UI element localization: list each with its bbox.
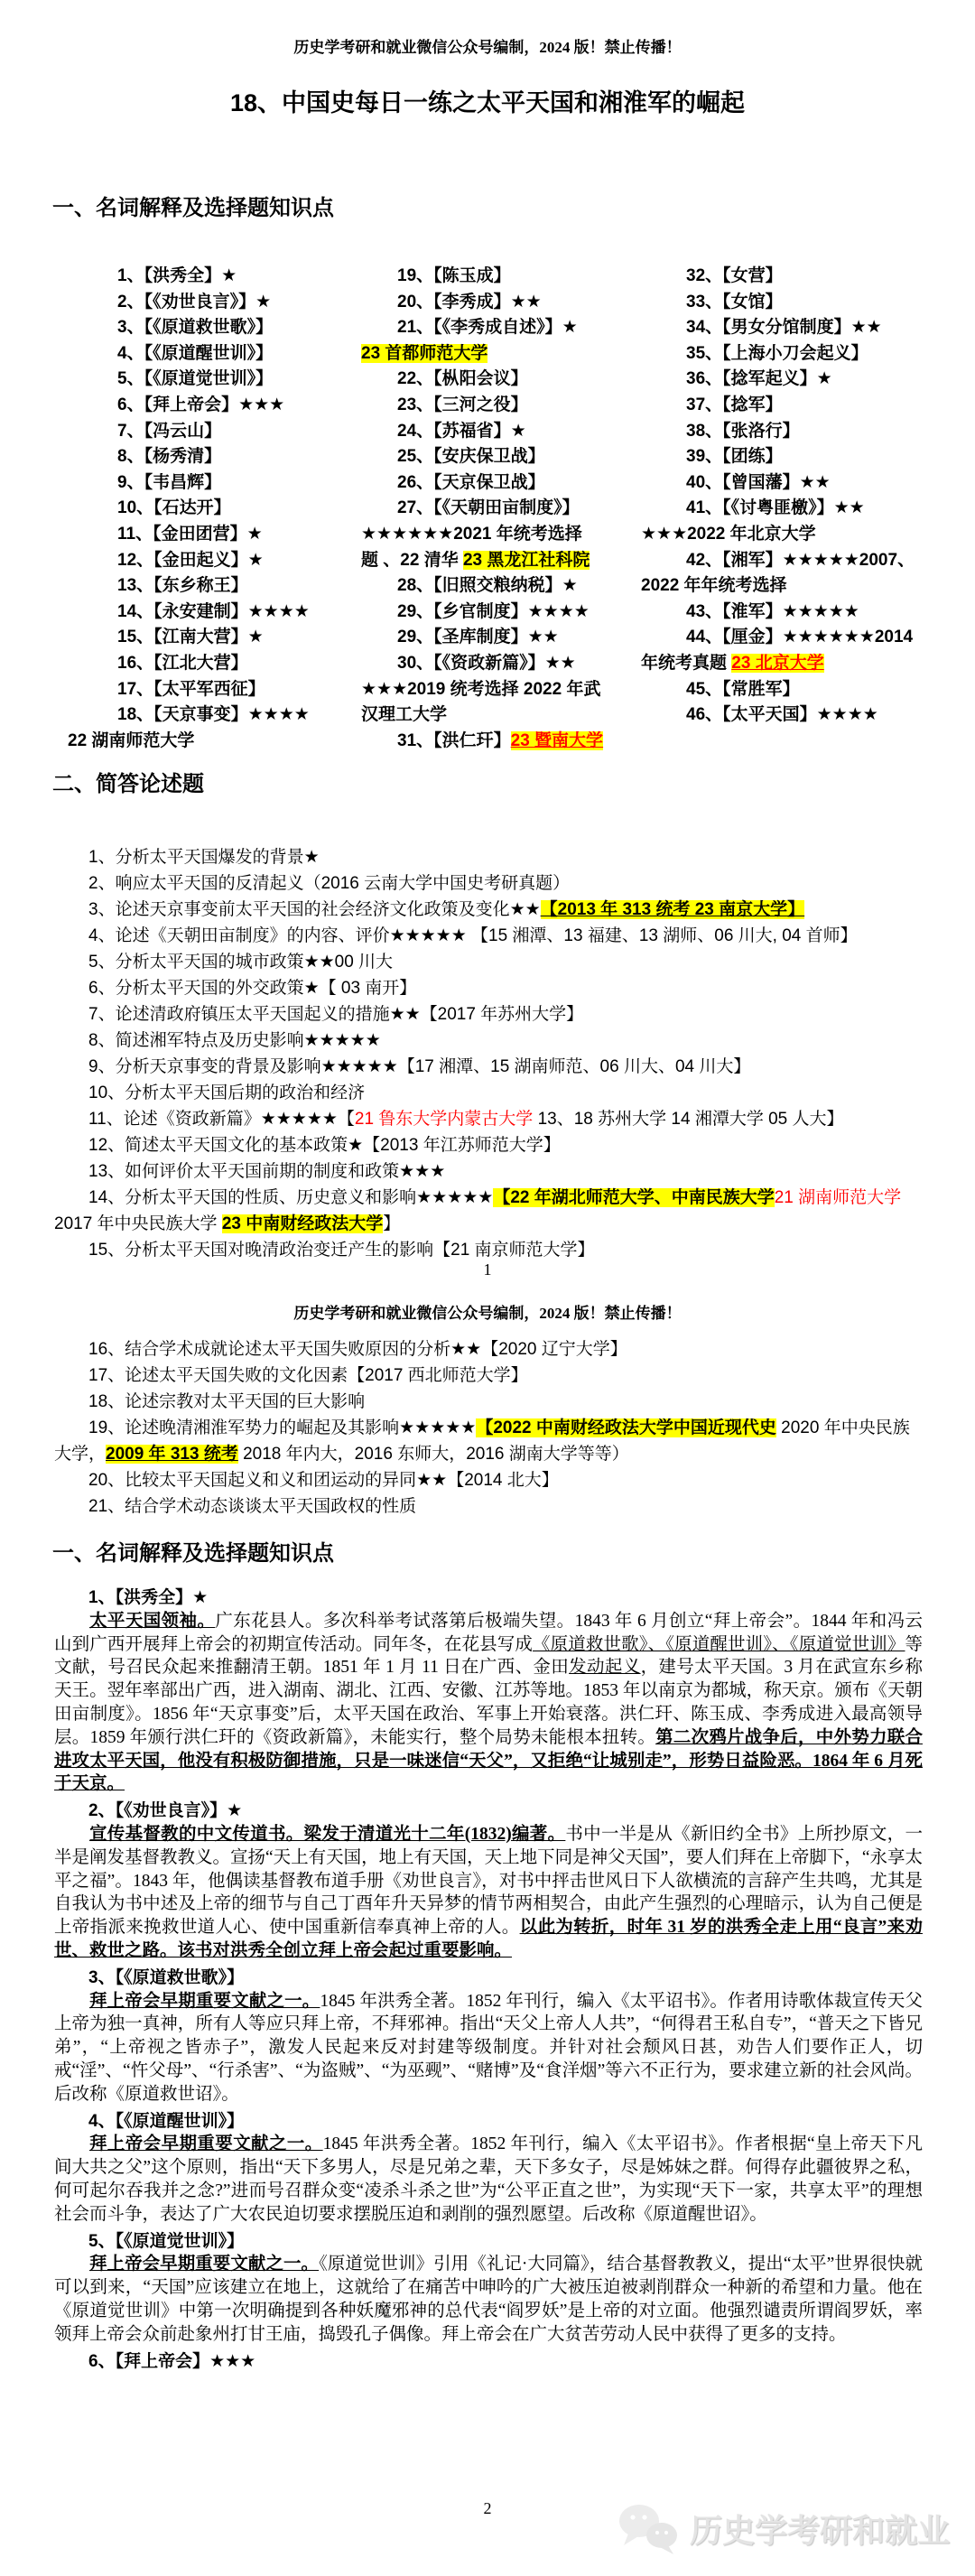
text-segment: 32、【女营】 [686,266,783,285]
text-segment: 9、【韦昌辉】 [117,473,221,492]
text-segment: 30、【《资政新篇》】★★ [397,654,576,673]
term-line: 39、【团练】 [641,444,970,470]
term-line: 9、【韦昌辉】 [68,470,357,497]
text-segment: 题 、22 清华 [361,551,463,570]
definition-title: 4、【《原道醒世训》】 [54,2110,923,2134]
term-line: 15、【江南大营】★ [68,625,357,651]
question-item: 3、论述天京事变前太平天国的社会经济文化政策及变化★★【2013 年 313 统… [54,897,923,923]
question-item: 21、结合学术动态谈谈太平天国政权的性质 [54,1493,923,1520]
term-line: 22、【枞阳会议】 [361,367,641,393]
text-segment: 2、响应太平天国的反清起义（2016 云南大学中国史考研真题） [88,874,570,893]
text-segment: 4、【《原道醒世训》】 [117,344,273,363]
text-segment: 20、【李秀成】★★ [397,293,542,312]
text-segment: 31、【洪仁玕】 [397,731,511,750]
term-line: 29、【乡官制度】★★★★ [361,600,641,626]
definition-title: 6、【拜上帝会】★★★ [54,2350,923,2374]
text-segment: 3、论述天京事变前太平天国的社会经济文化政策及变化★★ [88,900,541,919]
text-segment: 6、【拜上帝会】★★★ [117,395,284,414]
term-line: 14、【永安建制】★★★★ [68,600,357,626]
definition-title: 3、【《原道救世歌》】 [54,1967,923,1990]
questions-list-page1: 1、分析太平天国爆发的背景★2、响应太平天国的反清起义（2016 云南大学中国史… [54,844,923,1263]
question-item: 15、分析太平天国对晚清政治变迁产生的影响【21 南京师范大学】 [54,1237,923,1263]
text-segment: 【2022 中南财经政法大学中国近现代史 [476,1418,776,1437]
definition-paragraph: 拜上帝会早期重要文献之一。1845 年洪秀全著。1852 年刊行，编入《太平诏书… [54,1990,923,2106]
text-segment: 18、【天京事变】★★★★ [117,705,310,724]
term-line: 45、【常胜军】 [641,677,970,703]
text-segment: 8、【杨秀清】 [117,447,221,466]
term-line: 28、【旧照交粮纳税】★ [361,573,641,600]
term-line: 31、【洪仁玕】23 暨南大学 [361,729,641,755]
term-line: 34、【男女分馆制度】★★ [641,315,970,341]
text-segment: 1、分析太平天国爆发的背景★ [88,848,320,867]
definition-paragraph: 拜上帝会早期重要文献之一。1845 年洪秀全著。1852 年刊行，编入《太平诏书… [54,2133,923,2226]
text-segment: 38、【张洛行】 [686,422,800,441]
term-line: 3、【《原道救世歌》】 [68,315,357,341]
wechat-icon [616,2501,682,2555]
text-segment: 34、【男女分馆制度】★★ [686,318,882,337]
text-segment: 6、分析太平天国的外交政策★【 03 南开】 [88,979,416,998]
text-segment: 15、【江南大营】★ [117,628,264,646]
question-item: 12、简述太平天国文化的基本政策★【2013 年江苏师范大学】 [54,1132,923,1158]
text-segment: 5、分析太平天国的城市政策★★00 川大 [88,953,393,972]
question-item: 9、分析天京事变的背景及影响★★★★★【17 湘潭、15 湖南师范、06 川大、… [54,1054,923,1080]
text-segment: ★★★★★★2021 年统考选择 [361,525,582,544]
text-segment: 1、【洪秀全】★ [117,266,237,285]
text-segment: 20、比较太平天国起义和义和团运动的异同★★【2014 北大】 [88,1471,559,1490]
question-item: 19、论述晚清湘淮军势力的崛起及其影响★★★★★【2022 中南财经政法大学中国… [54,1415,923,1467]
text-segment: 拜上帝会早期重要文献之一。 [89,2134,323,2153]
term-line: 1、【洪秀全】★ [68,264,357,290]
question-item: 20、比较太平天国起义和义和团运动的异同★★【2014 北大】 [54,1467,923,1493]
text-segment: 2017 年中央民族大学 [54,1214,222,1233]
question-item: 7、论述清政府镇压太平天国起义的措施★★【2017 年苏州大学】 [54,1001,923,1028]
term-line: 18、【天京事变】★★★★ [68,702,357,729]
text-segment: 39、【团练】 [686,447,783,466]
term-line: 40、【曾国藩】★★ [641,470,970,497]
text-segment: 【22 年湖北师范大学、中南民族大学 [493,1188,774,1207]
term-line: 2、【《劝世良言》】★ [68,290,357,316]
text-segment: 汉理工大学 [361,705,447,724]
text-segment: 5、【《原道觉世训》】 [117,369,273,388]
term-line: 年统考真题 23 北京大学 [641,651,970,677]
term-line: 29、【圣库制度】★★ [361,625,641,651]
text-segment: 11、论述《资政新篇》★★★★★【 [88,1110,355,1129]
text-segment: 2、【《劝世良言》】★ [117,293,271,312]
text-segment: 9、分析天京事变的背景及影响★★★★★【17 湘潭、15 湖南师范、06 川大、… [88,1057,750,1076]
definition-paragraph: 拜上帝会早期重要文献之一。《原道觉世训》引用《礼记·大同篇》，结合基督教教义，提… [54,2253,923,2346]
text-segment: 发动起义 [569,1658,640,1677]
question-item: 6、分析太平天国的外交政策★【 03 南开】 [54,975,923,1001]
text-segment: 7、论述清政府镇压太平天国起义的措施★★【2017 年苏州大学】 [88,1005,583,1024]
term-line: ★★★2022 年北京大学 [641,522,970,548]
term-line: 36、【捻军起义】★ [641,367,970,393]
question-item: 10、分析太平天国后期的政治和经济 [54,1080,923,1106]
term-line: ★★★★★★2021 年统考选择 [361,522,641,548]
text-segment: 42、【湘军】★★★★★2007、 [686,551,915,570]
text-segment: 8、简述湘军特点及历史影响★★★★★ [88,1031,381,1050]
question-item: 2、响应太平天国的反清起义（2016 云南大学中国史考研真题） [54,870,923,897]
term-line: 13、【东乡称王】 [68,573,357,600]
term-line: 27、【《天朝田亩制度》】 [361,496,641,522]
text-segment: 19、论述晚清湘淮军势力的崛起及其影响★★★★★ [88,1418,476,1437]
text-segment: 7、【冯云山】 [117,422,221,441]
text-segment: ★★★2019 统考选择 2022 年武 [361,680,600,699]
term-line: 24、【苏福省】★ [361,419,641,445]
text-segment: 17、【太平军西征】 [117,680,265,699]
text-segment: 16、【江北大营】 [117,654,248,673]
term-line: 7、【冯云山】 [68,419,357,445]
text-segment: 10、【石达开】 [117,498,231,517]
text-segment: 35、【上海小刀会起义】 [686,344,868,363]
text-segment: 43、【淮军】★★★★★ [686,602,859,621]
definition-paragraph: 宣传基督教的中文传道书。梁发于清道光十二年(1832)编著。书中一半是从《新旧约… [54,1823,923,1963]
term-line: 44、【厘金】★★★★★★2014 [641,625,970,651]
term-line: 38、【张洛行】 [641,419,970,445]
term-line: 46、【太平天国】★★★★ [641,702,970,729]
text-segment: 23 暨南大学 [511,731,603,750]
text-segment: 21、结合学术动态谈谈太平天国政权的性质 [88,1497,416,1516]
term-line: ★★★2019 统考选择 2022 年武 [361,677,641,703]
text-segment: 46、【太平天国】★★★★ [686,705,878,724]
term-line: 10、【石达开】 [68,496,357,522]
text-segment: 23 黑龙江社科院 [463,551,590,570]
term-line: 2022 年年统考选择 [641,573,970,600]
term-line: 16、【江北大营】 [68,651,357,677]
text-segment: 12、简述太平天国文化的基本政策★【2013 年江苏师范大学】 [88,1136,561,1155]
question-item: 1、分析太平天国爆发的背景★ [54,844,923,870]
text-segment: 36、【捻军起义】★ [686,369,832,388]
term-line: 4、【《原道醒世训》】 [68,341,357,367]
text-segment: 37、【捻军】 [686,395,783,414]
term-line: 11、【金田团营】★ [68,522,357,548]
text-segment: 23 北京大学 [731,654,823,673]
term-line: 32、【女营】 [641,264,970,290]
text-segment: 宣传基督教的中文传道书。梁发于清道光十二年(1832)编著。 [89,1825,565,1844]
question-item: 11、论述《资政新篇》★★★★★【21 鲁东大学内蒙古大学 13、18 苏州大学… [54,1106,923,1132]
text-segment: 23、【三河之役】 [397,395,528,414]
terms-column-1: 1、【洪秀全】★2、【《劝世良言》】★3、【《原道救世歌》】4、【《原道醒世训》… [68,264,357,754]
text-segment: 45、【常胜军】 [686,680,800,699]
text-segment: 17、论述太平天国失败的文化因素【2017 西北师范大学】 [88,1366,528,1385]
term-line: 37、【捻军】 [641,393,970,419]
text-segment: 13、如何评价太平天国前期的制度和政策★★★ [88,1162,445,1181]
watermark-text: 历史学考研和就业 [690,2506,950,2552]
text-segment: 16、结合学术成就论述太平天国失败原因的分析★★【2020 辽宁大学】 [88,1340,627,1359]
term-line: 26、【天京保卫战】 [361,470,641,497]
term-line: 5、【《原道觉世训》】 [68,367,357,393]
document-title: 18、中国史每日一练之太平天国和湘淮军的崛起 [0,83,975,118]
text-segment: 12、【金田起义】★ [117,551,264,570]
term-line: 汉理工大学 [361,702,641,729]
question-item: 17、论述太平天国失败的文化因素【2017 西北师范大学】 [54,1362,923,1389]
text-segment: 33、【女馆】 [686,293,783,312]
text-segment: 拜上帝会早期重要文献之一。 [89,2255,319,2274]
text-segment: 2022 年年统考选择 [641,576,787,595]
text-segment: 28、【旧照交粮纳税】★ [397,576,578,595]
text-segment: 26、【天京保卫战】 [397,473,545,492]
term-line: 30、【《资政新篇》】★★ [361,651,641,677]
term-line: 20、【李秀成】★★ [361,290,641,316]
term-line: 17、【太平军西征】 [68,677,357,703]
text-segment: 太平天国领袖。 [89,1612,215,1631]
page-header-repeat: 历史学考研和就业微信公众号编制，2024 版！禁止传播！ [0,1300,975,1323]
page-number-1: 1 [0,1260,975,1279]
question-item: 18、论述宗教对太平天国的巨大影响 [54,1389,923,1415]
text-segment: 14、【永安建制】★★★★ [117,602,310,621]
text-segment: 13、18 苏州大学 14 湘潭大学 05 人大】 [538,1110,844,1129]
text-segment: 《原道救世歌》、《原道醒世训》、《原道觉世训》 [533,1635,905,1654]
definition-paragraph: 太平天国领袖。广东花县人。多次科举考试落第后极端失望。1843 年 6 月创立“… [54,1610,923,1796]
text-segment: 24、【苏福省】★ [397,422,526,441]
question-item: 8、简述湘军特点及历史影响★★★★★ [54,1028,923,1054]
text-segment: 27、【《天朝田亩制度》】 [397,498,580,517]
text-segment: 44、【厘金】★★★★★★2014 [686,628,913,646]
definition-title: 2、【《劝世良言》】★ [54,1799,923,1823]
watermark: 历史学考研和就业 [616,2501,950,2555]
text-segment: 】 [383,1214,400,1233]
text-segment: 21、【《李秀成自述》】★ [397,318,578,337]
term-line: 6、【拜上帝会】★★★ [68,393,357,419]
text-segment: 29、【圣库制度】★★ [397,628,559,646]
text-segment: 年统考真题 [641,654,731,673]
term-line: 8、【杨秀清】 [68,444,357,470]
section2-heading: 二、简答论述题 [52,766,204,797]
text-segment: 13、【东乡称王】 [117,576,248,595]
term-line: 42、【湘军】★★★★★2007、 [641,548,970,574]
text-segment: 22 湖南师范大学 [68,731,194,750]
text-segment: 23 中南财经政法大学 [222,1214,383,1233]
term-line: 43、【淮军】★★★★★ [641,600,970,626]
term-line: 23 首都师范大学 [361,341,641,367]
definition-title: 5、【《原道觉世训》】 [54,2230,923,2254]
question-item: 4、论述《天朝田亩制度》的内容、评价★★★★★ 【15 湘潭、13 福建、13 … [54,923,923,949]
term-line: 22 湖南师范大学 [68,729,357,755]
term-line: 25、【安庆保卫战】 [361,444,641,470]
text-segment: 25、【安庆保卫战】 [397,447,545,466]
text-segment: 40、【曾国藩】★★ [686,473,831,492]
text-segment: 2009 年 313 统考 [106,1445,238,1464]
page-header: 历史学考研和就业微信公众号编制，2024 版！禁止传播！ [0,34,975,57]
text-segment: 22、【枞阳会议】 [397,369,528,388]
question-item: 5、分析太平天国的城市政策★★00 川大 [54,949,923,975]
text-segment: 14、分析太平天国的性质、历史意义和影响★★★★★ [88,1188,493,1207]
question-item: 13、如何评价太平天国前期的制度和政策★★★ [54,1158,923,1185]
term-line: 19、【陈玉成】 [361,264,641,290]
document-page: 历史学考研和就业微信公众号编制，2024 版！禁止传播！ 18、中国史每日一练之… [0,0,975,2576]
text-segment: 15、分析太平天国对晚清政治变迁产生的影响【21 南京师范大学】 [88,1241,595,1260]
text-segment: 19、【陈玉成】 [397,266,511,285]
question-item: 14、分析太平天国的性质、历史意义和影响★★★★★【22 年湖北师范大学、中南民… [54,1185,923,1237]
question-item: 16、结合学术成就论述太平天国失败原因的分析★★【2020 辽宁大学】 [54,1336,923,1362]
term-line: 23、【三河之役】 [361,393,641,419]
text-segment: 2018 年内大，2016 东师大，2016 湖南大学等等） [238,1445,629,1464]
text-segment: 18、论述宗教对太平天国的巨大影响 [88,1392,365,1411]
text-segment: ★★★2022 年北京大学 [641,525,816,544]
definition-title: 1、【洪秀全】★ [54,1586,923,1610]
term-line: 33、【女馆】 [641,290,970,316]
term-line: 21、【《李秀成自述》】★ [361,315,641,341]
text-segment: 3、【《原道救世歌》】 [117,318,273,337]
section1-heading: 一、名词解释及选择题知识点 [52,190,334,221]
terms-column-2: 19、【陈玉成】20、【李秀成】★★21、【《李秀成自述》】★23 首都师范大学… [361,264,641,754]
text-segment: 10、分析太平天国后期的政治和经济 [88,1083,365,1102]
text-segment: 4、论述《天朝田亩制度》的内容、评价★★★★★ 【15 湘潭、13 福建、13 … [88,926,858,945]
text-segment: 23 首都师范大学 [361,344,487,363]
text-segment: 【2013 年 313 统考 23 南京大学】 [541,900,805,919]
text-segment: 21 湖南师范大学 [775,1188,901,1207]
term-definitions: 1、【洪秀全】★太平天国领袖。广东花县人。多次科举考试落第后极端失望。1843 … [54,1583,923,2493]
term-line: 41、【《讨粤匪檄》】★★ [641,496,970,522]
text-segment: 41、【《讨粤匪檄》】★★ [686,498,865,517]
terms-column-3: 32、【女营】33、【女馆】34、【男女分馆制度】★★35、【上海小刀会起义】3… [641,264,970,729]
questions-list-page2: 16、结合学术成就论述太平天国失败原因的分析★★【2020 辽宁大学】17、论述… [54,1336,923,1520]
term-line: 12、【金田起义】★ [68,548,357,574]
text-segment: 拜上帝会早期重要文献之一。 [89,1992,320,2011]
text-segment: 21 鲁东大学内蒙古大学 [355,1110,538,1129]
term-line: 35、【上海小刀会起义】 [641,341,970,367]
term-line: 题 、22 清华 23 黑龙江社科院 [361,548,641,574]
text-segment: 29、【乡官制度】★★★★ [397,602,590,621]
section3-heading: 一、名词解释及选择题知识点 [52,1535,334,1567]
text-segment: 11、【金田团营】★ [117,525,263,544]
